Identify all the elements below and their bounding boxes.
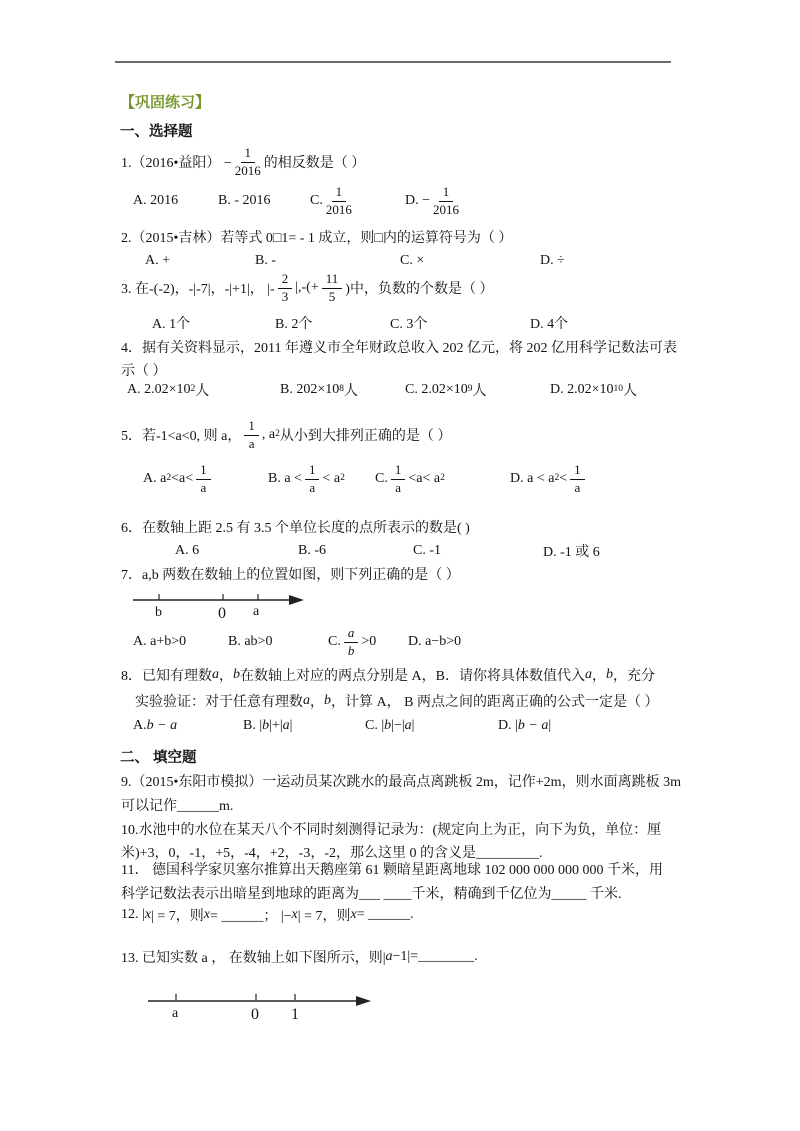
question-1-options: A. 2016 B. - 2016 C. 12016 D. −12016 [120,180,686,222]
q5-option-b: B. a <1a< a2 [268,455,345,503]
question-8-options: A. b − a B. |b|+|a| C. |b|−|a| D. |b − a… [120,714,686,738]
q5-option-c: C. 1a<a< a2 [375,455,445,503]
question-12-text: 12. |x| = 7，则 x = ______； |− x| = 7，则 x … [121,904,414,926]
q5-option-d: D. a < a2 <1a [510,455,588,503]
q8-option-b: B. |b|+|a| [243,714,292,738]
question-2-text: 2.（2015•吉林）若等式 0□1= - 1 成立，则□内的运算符号为（ ） [121,226,512,248]
q6-option-a: A. 6 [175,540,199,562]
number-line-figure-q7: b 0 a [128,584,328,622]
section-choice-heading: 一、选择题 [120,120,193,141]
q8-option-a: A. b − a [133,714,177,738]
question-7-options: A. a+b>0 B. ab>0 C. ab>0 D. a−b>0 [120,619,686,665]
question-6-options: A. 6 B. -6 C. -1 D. -1 或 6 [120,540,686,562]
question-6-text: 6．在数轴上距 2.5 有 3.5 个单位长度的点所表示的数是( ) [121,516,470,538]
q6-option-d: D. -1 或 6 [543,540,600,562]
q1-option-b: B. - 2016 [218,180,271,222]
q2-option-d: D. ÷ [540,250,565,272]
q7-label-a: a [253,604,260,619]
number-line-figure-q13: a 0 1 [146,983,386,1025]
q7-option-c: C. ab>0 [328,619,376,665]
q3-option-d: D. 4个 [530,312,568,334]
worksheet-page: 【巩固练习】 一、选择题 1.（2016•益阳） − 12016的相反数是（ ）… [0,0,800,1131]
question-4-options: A. 2.02×102 人 B. 202×108 人 C. 2.02×109 人… [120,377,686,403]
q5-option-a: A. a2<a<1a [143,455,214,503]
question-5-text: 5．若-1<a<0, 则 a， 1a, a2 从小到大排列正确的是（ ） [121,413,451,457]
q7-option-d: D. a−b>0 [408,619,461,665]
q1-option-c: C. 12016 [310,180,355,222]
top-divider [115,61,671,63]
question-11-text-line1: 11． 德国科学家贝塞尔推算出天鹅座第 61 颗暗星距离地球 102 000 0… [121,858,663,880]
q1-option-a: A. 2016 [133,180,178,222]
question-8-text-line2: 实验验证：对于任意有理数 a ，b ，计算 A， B 两点之间的距离正确的公式一… [135,690,658,712]
question-10-text-line1: 10.水池中的水位在某天八个不同时刻测得记录为：(规定向上为正，向下为负，单位：… [121,818,661,840]
section-blank-heading: 二、 填空题 [120,746,197,767]
question-11-text-line2: 科学记数法表示出暗星到地球的距离为___ ____千米，精确到千亿位为_____… [121,882,622,904]
q1-option-d: D. −12016 [405,180,462,222]
q7-label-b: b [155,605,162,620]
q13-label-a: a [172,1006,179,1021]
q7-option-a: A. a+b>0 [133,619,186,665]
question-3-options: A. 1个 B. 2个 C. 3个 D. 4个 [120,312,686,334]
q3-option-c: C. 3个 [390,312,427,334]
q7-option-b: B. ab>0 [228,619,272,665]
question-9-text-line1: 9.（2015•东阳市模拟）一运动员某次跳水的最高点离跳板 2m，记作+2m，则… [121,770,681,792]
worksheet-title: 【巩固练习】 [120,91,210,112]
q4-option-a: A. 2.02×102 人 [127,377,209,403]
arrow-right-icon [289,595,304,605]
q6-option-b: B. -6 [298,540,326,562]
q8-option-c: C. |b|−|a| [365,714,414,738]
q4-option-d: D. 2.02×1010 人 [550,377,637,403]
question-13-text: 13. 已知实数 a ， 在数轴上如下图所示，则|a −1|=________. [121,946,478,968]
question-4-text-line1: 4．据有关资料显示，2011 年遵义市全年财政总收入 202 亿元，将 202 … [121,336,677,358]
q3-option-b: B. 2个 [275,312,312,334]
q6-option-c: C. -1 [413,540,441,562]
q4-option-b: B. 202×108 人 [280,377,358,403]
q13-label-0: 0 [251,1006,259,1023]
q4-option-c: C. 2.02×109 人 [405,377,486,403]
question-5-options: A. a2<a<1a B. a <1a< a2 C. 1a<a< a2 D. a… [120,455,686,503]
question-1-text: 1.（2016•益阳） − 12016的相反数是（ ） [121,140,365,184]
q8-option-d: D. |b − a| [498,714,551,738]
question-7-text: 7．a,b 两数在数轴上的位置如图，则下列正确的是（ ） [121,563,460,585]
arrow-right-icon [356,996,371,1006]
question-3-text: 3. 在-(-2)，-|-7|，-|+1|， |-23|,-(+115)中，负数… [121,266,493,310]
q3-option-a: A. 1个 [152,312,190,334]
question-8-text-line1: 8．已知有理数 a ，b 在数轴上对应的两点分别是 A，B．请你将具体数值代入 … [121,664,655,686]
question-9-text-line2: 可以记作______m. [121,794,233,816]
q13-label-1: 1 [291,1006,299,1023]
